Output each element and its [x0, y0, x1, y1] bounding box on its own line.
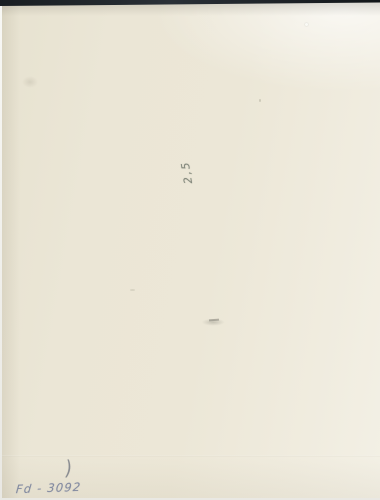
paper-crease: [2, 455, 380, 457]
paper-speck: [305, 23, 308, 26]
faint-smudge: [22, 76, 38, 88]
photo-verso-scan: 2,5 ) Fd - 3092: [0, 0, 380, 500]
paper-back: 2,5 ) Fd - 3092: [2, 0, 380, 498]
center-pencil-inscription: 2,5: [178, 155, 208, 185]
paper-speck: [259, 99, 261, 102]
paper-speck: [130, 289, 135, 291]
catalog-number-inscription: Fd - 3092: [15, 480, 82, 496]
curved-pencil-mark: ): [64, 457, 74, 482]
pencil-smudge: [202, 315, 230, 327]
